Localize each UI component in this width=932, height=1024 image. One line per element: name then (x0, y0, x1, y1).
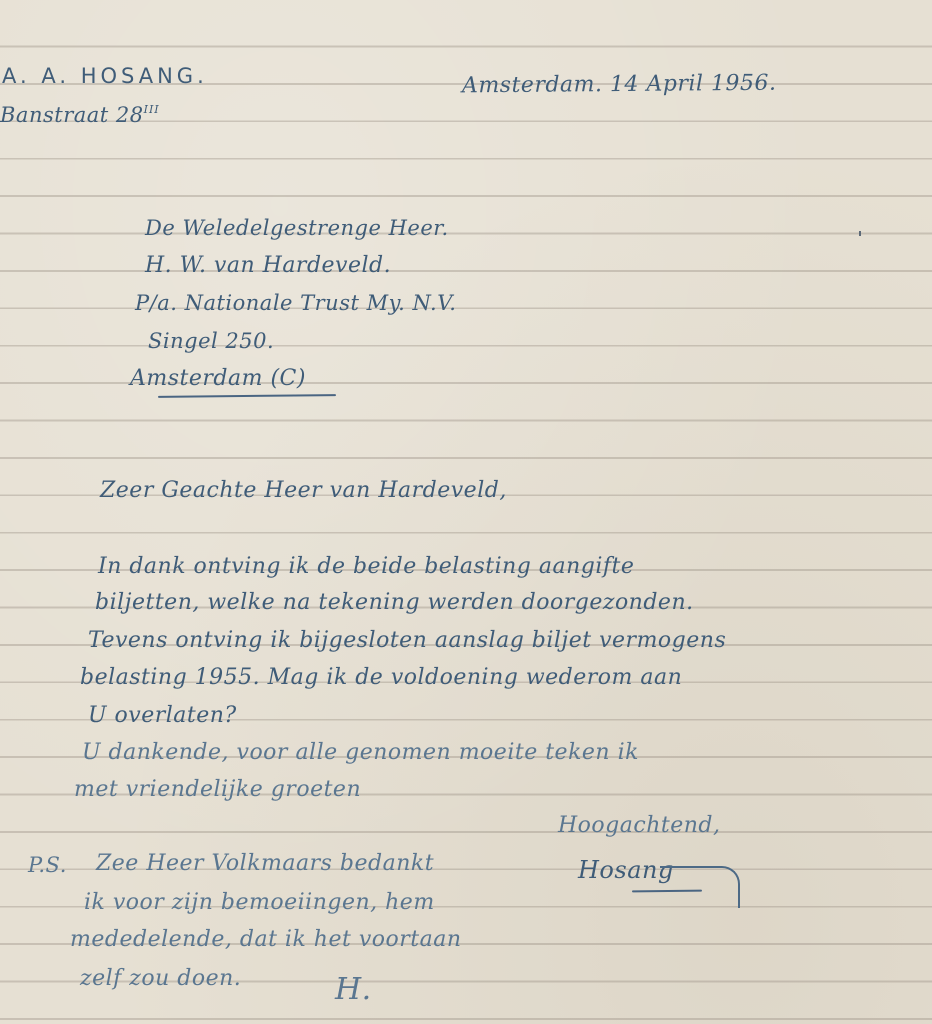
recipient-salutation-line: De Weledelgestrenge Heer. (145, 218, 449, 239)
recipient-company: P/a. Nationale Trust My. N.V. (135, 293, 456, 314)
handwritten-letter-page: A. A. HOSANG. Banstraat 28III Amsterdam.… (0, 0, 932, 1024)
sender-address: Banstraat 28III (0, 104, 160, 126)
sender-floor: III (144, 103, 160, 116)
place-date: Amsterdam. 14 April 1956. (462, 73, 777, 98)
sender-street: Banstraat 28 (0, 103, 144, 127)
postscript-label: P.S. (28, 855, 67, 876)
recipient-name: H. W. van Hardeveld. (145, 255, 391, 277)
postscript-line: mededelende, dat ik het voortaan (70, 929, 462, 951)
sender-name: A. A. HOSANG. (2, 66, 208, 87)
body-line: U dankende, voor alle genomen moeite tek… (82, 742, 639, 764)
postscript-line: Zee Heer Volkmaars bedankt (96, 853, 434, 875)
body-line: U overlaten? (88, 705, 237, 727)
recipient-city: Amsterdam (C) (130, 368, 306, 390)
closing: Hoogachtend, (558, 815, 720, 837)
postscript-initial: H. (335, 975, 372, 1005)
body-line: met vriendelijke groeten (74, 779, 361, 801)
signature-flourish (660, 866, 740, 908)
ink-speck (859, 231, 861, 236)
recipient-street: Singel 250. (148, 331, 274, 352)
postscript-line: zelf zou doen. (80, 968, 241, 990)
body-line: biljetten, welke na tekening werden door… (95, 592, 694, 614)
postscript-line: ik voor zijn bemoeiingen, hem (84, 892, 435, 914)
city-underline (158, 394, 336, 398)
body-line: Tevens ontving ik bijgesloten aanslag bi… (88, 630, 726, 652)
greeting: Zeer Geachte Heer van Hardeveld, (100, 480, 507, 502)
body-line: belasting 1955. Mag ik de voldoening wed… (80, 667, 682, 689)
body-line: In dank ontving ik de beide belasting aa… (98, 556, 634, 578)
